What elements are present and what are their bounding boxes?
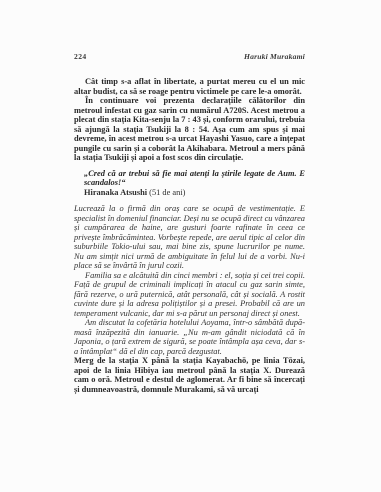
- page-number: 224: [74, 52, 87, 61]
- narration-paragraph-1: Cât timp s-a aflat în libertate, a purta…: [74, 77, 305, 96]
- page-body: Cât timp s-a aflat în libertate, a purta…: [74, 77, 305, 394]
- interviewee-age: (51 de ani): [149, 188, 185, 197]
- profile-paragraph-1: Lucrează la o firmă din oraș care se ocu…: [74, 204, 305, 271]
- interviewee-byline: Hiranaka Atsushi (51 de ani): [84, 188, 305, 198]
- interviewer-profile: Lucrează la o firmă din oraș care se ocu…: [74, 204, 305, 356]
- interview-speech-paragraph: Merg de la stația X până la stația Kayab…: [74, 356, 305, 394]
- running-header: 224 Haruki Murakami: [74, 52, 305, 61]
- running-head-author: Haruki Murakami: [244, 52, 305, 61]
- pull-quote: „Cred că ar trebui să fie mai atenți la …: [84, 169, 305, 188]
- profile-paragraph-2: Familia sa e alcătuită din cinci membri …: [74, 271, 305, 319]
- interviewee-name: Hiranaka Atsushi: [84, 188, 147, 197]
- narration-paragraph-2: În continuare voi prezenta declarațiile …: [74, 96, 305, 163]
- pull-quote-block: „Cred că ar trebui să fie mai atenți la …: [84, 169, 305, 198]
- profile-paragraph-3: Am discutat la cofetăria hotelului Aoyam…: [74, 318, 305, 356]
- book-page: 224 Haruki Murakami Cât timp s-a aflat î…: [0, 0, 381, 492]
